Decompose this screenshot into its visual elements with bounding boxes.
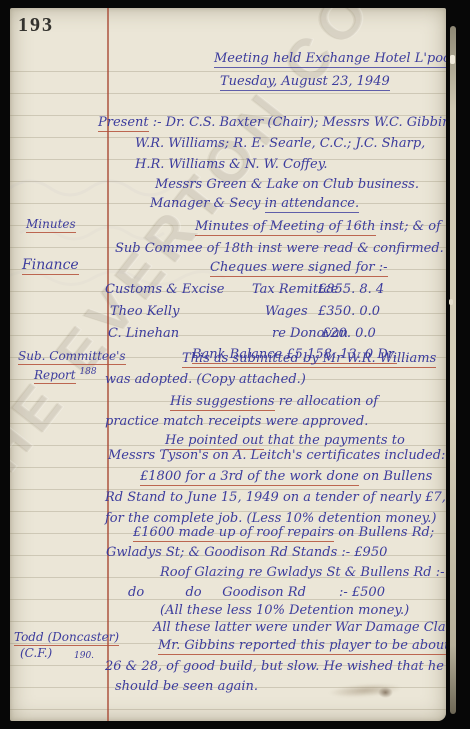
margin-label-todd-2: (C.F.) bbox=[20, 647, 52, 659]
present-line5: Manager & Secy in attendance. bbox=[150, 197, 359, 210]
cheque-row-amount: £855. 8. 4 bbox=[318, 283, 384, 296]
minutes-line2: Sub Commee of 18th inst were read & conf… bbox=[115, 242, 444, 255]
subcommittee-line12: Roof Glazing re Gwladys St & Bullens Rd … bbox=[160, 566, 446, 579]
minute-book-page: THE EVERTON COLLECTION 193 Meeting held … bbox=[10, 8, 446, 721]
subcommittee-line9: for the complete job. (Less 10% detentio… bbox=[105, 512, 436, 525]
present-line1: Present :- Dr. C.S. Baxter (Chair); Mess… bbox=[98, 116, 446, 129]
cheque-row-amount: £350. 0.0 bbox=[318, 305, 380, 318]
cheque-row-payee: C. Linehan bbox=[108, 327, 179, 340]
margin-label-subcommittee-2: Report 188 bbox=[34, 368, 97, 381]
present-line2: W.R. Williams; R. E. Searle, C.C.; J.C. … bbox=[135, 137, 425, 150]
cheque-row-purpose: Wages bbox=[265, 305, 308, 318]
subcommittee-line15: All these latter were under War Damage C… bbox=[153, 621, 446, 634]
margin-label-minutes: Minutes bbox=[26, 218, 76, 230]
paper-stain bbox=[378, 687, 393, 698]
subcommittee-line14: (All these less 10% Detention money.) bbox=[160, 604, 409, 617]
todd-line1: Mr. Gibbins reported this player to be a… bbox=[158, 639, 446, 652]
subcommittee-line3: His suggestions re allocation of bbox=[170, 395, 378, 408]
subcommittee-line6: Messrs Tyson's on A. Leitch's certificat… bbox=[108, 449, 446, 462]
margin-label-finance: Finance bbox=[22, 258, 79, 272]
subcommittee-line7: £1800 for a 3rd of the work done on Bull… bbox=[140, 470, 432, 483]
margin-label-subcommittee-1: Sub. Committee's bbox=[18, 350, 126, 362]
page-edge-speck bbox=[450, 55, 455, 64]
subcommittee-line11: Gwladys St; & Goodison Rd Stands :- £950 bbox=[106, 546, 387, 559]
cheque-row-amount: £20. 0.0 bbox=[322, 327, 376, 340]
cheque-row-payee: Customs & Excise bbox=[105, 283, 225, 296]
meeting-heading-line2: Tuesday, August 23, 1949 bbox=[220, 75, 390, 88]
minutes-line1: Minutes of Meeting of 16th inst; & of bbox=[195, 220, 441, 233]
subcommittee-line10: £1600 made up of roof repairs on Bullens… bbox=[133, 526, 434, 539]
present-line4: Messrs Green & Lake on Club business. bbox=[155, 178, 419, 191]
minute-ref-190: 190. bbox=[74, 652, 94, 661]
page-edge-speck bbox=[449, 299, 453, 305]
subcommittee-line8: Rd Stand to June 15, 1949 on a tender of… bbox=[105, 491, 446, 504]
subcommittee-line13: do do Goodison Rd :- £500 bbox=[128, 586, 385, 599]
meeting-heading-line1: Meeting held Exchange Hotel L'pool bbox=[214, 52, 446, 65]
margin-label-todd-1: Todd (Doncaster) bbox=[14, 631, 119, 643]
todd-line2: 26 & 28, of good build, but slow. He wis… bbox=[105, 660, 444, 673]
book-page-edge bbox=[450, 26, 456, 714]
page-number: 193 bbox=[18, 14, 54, 37]
subcommittee-line1: This as submitted by Mr W.R. Williams bbox=[182, 352, 436, 365]
finance-heading: Cheques were signed for :- bbox=[210, 261, 388, 274]
subcommittee-line5: He pointed out that the payments to bbox=[165, 434, 405, 447]
cheque-row-payee: Theo Kelly bbox=[110, 305, 179, 318]
subcommittee-line2: was adopted. (Copy attached.) bbox=[105, 373, 306, 386]
todd-line3: should be seen again. bbox=[115, 680, 258, 693]
present-line3: H.R. Williams & N. W. Coffey. bbox=[135, 158, 327, 171]
subcommittee-line4: practice match receipts were approved. bbox=[105, 415, 368, 428]
minute-ref-188: 188 bbox=[79, 367, 96, 377]
